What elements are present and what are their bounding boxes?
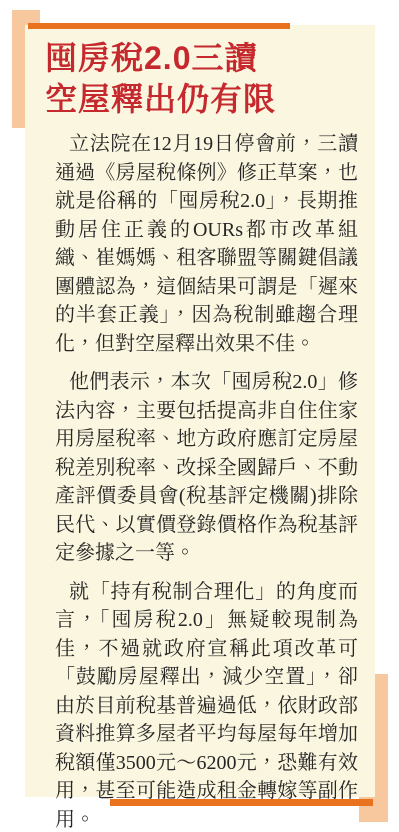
title-line-2: 空屋釋出仍有限 [45,79,375,120]
title-line-1: 囤房稅2.0三讀 [45,38,375,79]
article-panel: 囤房稅2.0三讀 空屋釋出仍有限 立法院在12月19日停會前，三讀通過《房屋稅條… [25,25,375,797]
article-title: 囤房稅2.0三讀 空屋釋出仍有限 [25,25,375,120]
article-paragraph-3: 就「持有稅制合理化」的角度而言，「囤房稅2.0」無疑較現制為佳，不過就政府宣稱此… [55,578,358,832]
article-paragraph-1: 立法院在12月19日停會前，三讀通過《房屋稅條例》修正草案，也就是俗稱的「囤房稅… [55,130,358,358]
article-body: 立法院在12月19日停會前，三讀通過《房屋稅條例》修正草案，也就是俗稱的「囤房稅… [55,130,358,832]
article-paragraph-2: 他們表示，本次「囤房稅2.0」修法內容，主要包括提高非自住住家用房屋稅率、地方政… [55,368,358,568]
magazine-article-page: 囤房稅2.0三讀 空屋釋出仍有限 立法院在12月19日停會前，三讀通過《房屋稅條… [0,0,399,832]
bottom-accent-bar [110,799,373,806]
top-accent-bar [28,23,290,29]
